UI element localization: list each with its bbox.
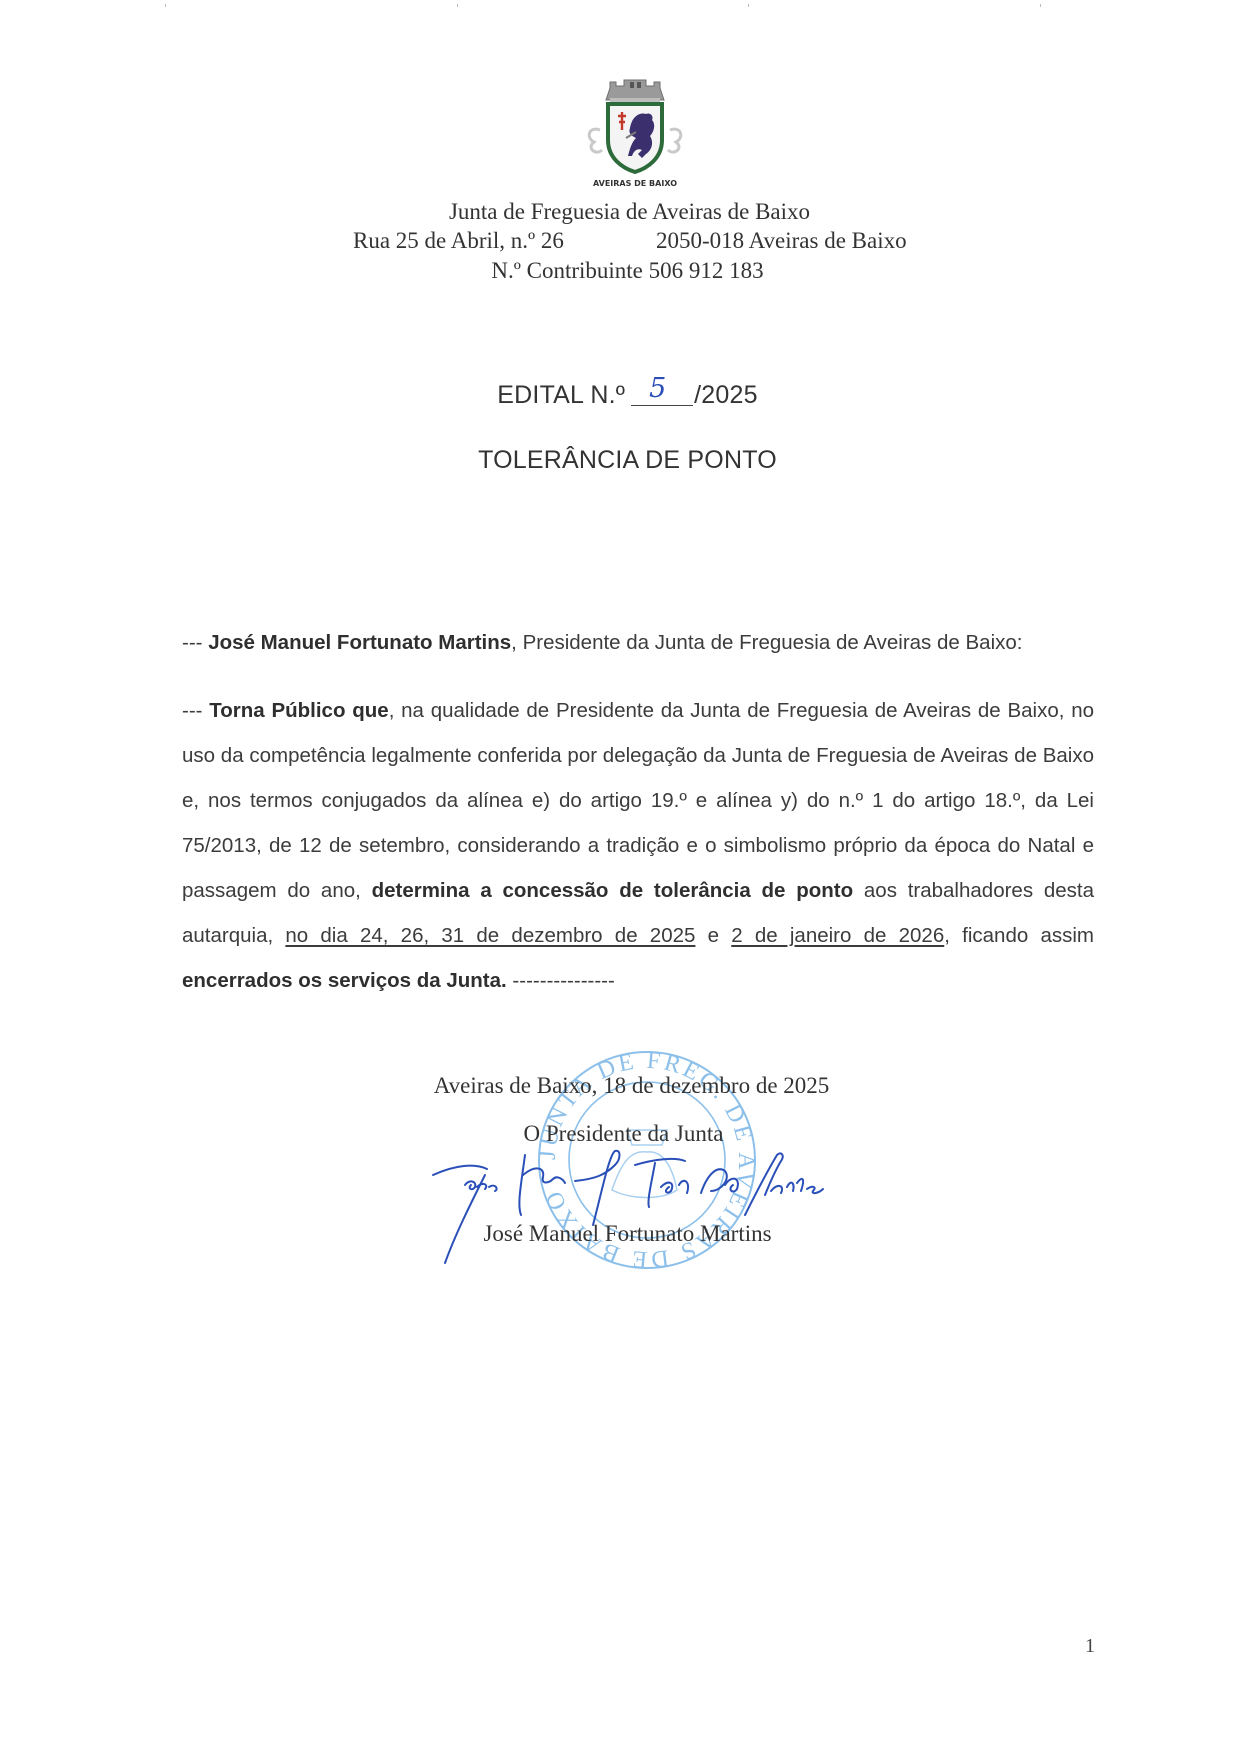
edital-suffix: /2025 xyxy=(694,381,758,409)
edital-number: EDITAL N.º5/2025 xyxy=(8,381,1239,410)
january-date: 2 de janeiro de 2026 xyxy=(731,924,944,947)
svg-text:AVEIRAS DE BAIXO: AVEIRAS DE BAIXO xyxy=(593,179,677,188)
handwritten-signature-icon xyxy=(425,1135,895,1265)
president-name: José Manuel Fortunato Martins xyxy=(208,631,511,654)
edital-prefix: EDITAL N.º xyxy=(497,381,625,409)
announcement-lead: Torna Público que xyxy=(209,699,388,722)
document-page: AVEIRAS DE BAIXO Junta de Freguesia de A… xyxy=(0,0,1239,1752)
main-paragraph: --- Torna Público que, na qualidade de P… xyxy=(182,688,1094,1003)
dashes: --- xyxy=(182,699,209,722)
connector-text: e xyxy=(695,924,731,947)
scan-marks xyxy=(0,4,1239,12)
handwritten-number: 5 xyxy=(649,373,666,404)
intro-line: --- José Manuel Fortunato Martins, Presi… xyxy=(182,631,1094,655)
postal-address: 2050-018 Aveiras de Baixo xyxy=(656,227,907,255)
organization-name: Junta de Freguesia de Aveiras de Baixo xyxy=(10,198,1239,226)
legal-basis-text: , na qualidade de Presidente da Junta de… xyxy=(182,699,1094,902)
page-number: 1 xyxy=(1085,1635,1095,1658)
december-dates: no dia 24, 26, 31 de dezembro de 2025 xyxy=(285,924,695,947)
intro-role: , Presidente da Junta de Freguesia de Av… xyxy=(511,631,1022,654)
determination-text: determina a concessão de tolerância de p… xyxy=(372,879,854,902)
street-address: Rua 25 de Abril, n.º 26 xyxy=(353,227,564,255)
dashes: --- xyxy=(182,631,208,654)
coat-of-arms-icon: AVEIRAS DE BAIXO xyxy=(580,78,690,190)
tax-id: N.º Contribuinte 506 912 183 xyxy=(8,257,1239,285)
trailing-dashes: --------------- xyxy=(507,969,615,992)
place-and-date: Aveiras de Baixo, 18 de dezembro de 2025 xyxy=(12,1073,1239,1099)
document-subject: TOLERÂNCIA DE PONTO xyxy=(8,446,1239,475)
edital-number-blank: 5 xyxy=(631,383,693,406)
closing-text: , ficando assim xyxy=(944,924,1094,947)
services-closed-text: encerrados os serviços da Junta. xyxy=(182,969,507,992)
